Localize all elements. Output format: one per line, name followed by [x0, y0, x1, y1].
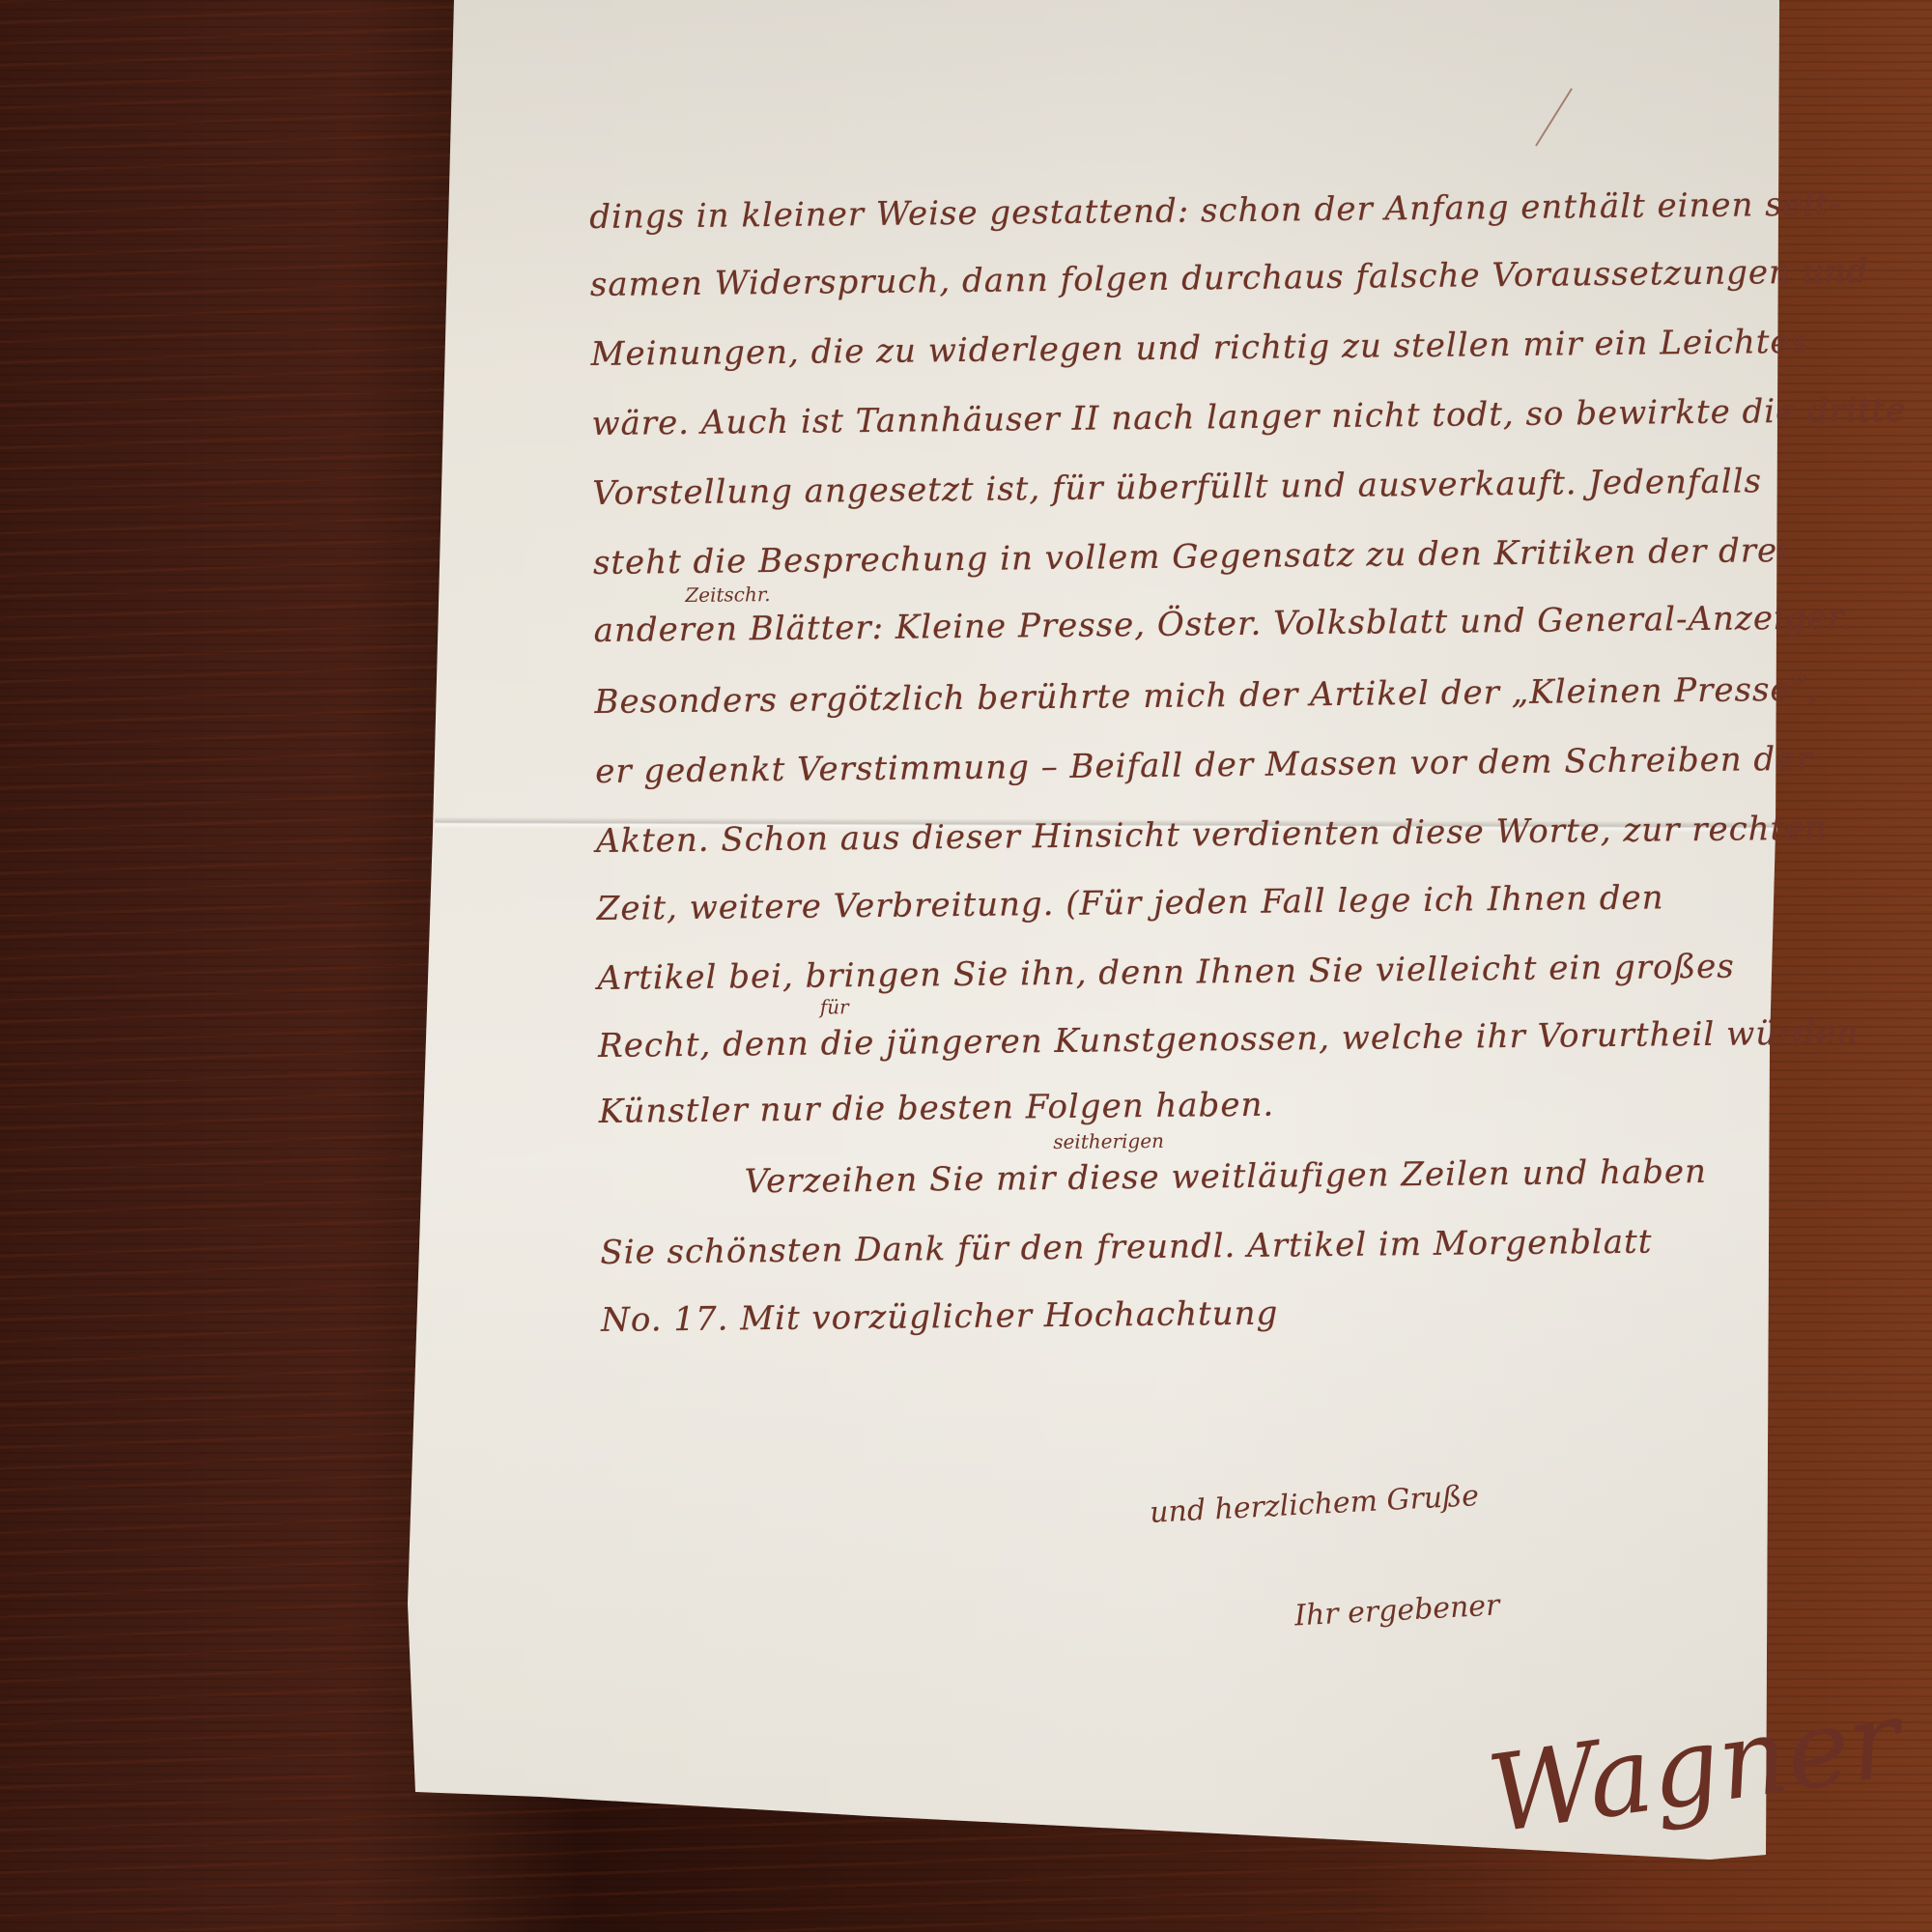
insert-fuer: für — [820, 995, 849, 1018]
insert-zeitschr: Zeitschr. — [685, 582, 770, 607]
insert-seitherigen: seitherigen — [1053, 1129, 1164, 1153]
letter-line-14: Künstler nur die besten Folgen haben. — [599, 1086, 1275, 1131]
letter-line-17: No. 17. Mit vorzüglicher Hochachtung — [601, 1294, 1279, 1340]
